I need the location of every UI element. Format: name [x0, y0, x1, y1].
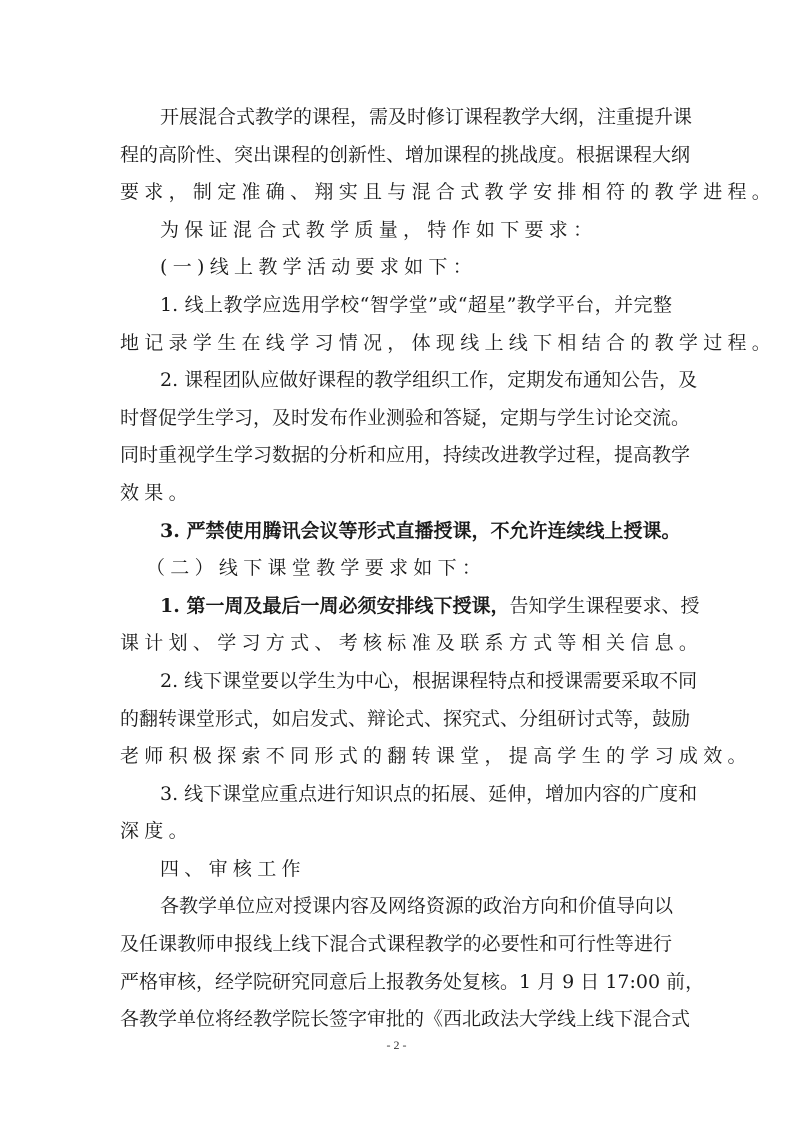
- section-heading: 四、审核工作: [120, 851, 672, 889]
- paragraph-line: 1. 线上教学应选用学校“智学堂”或“超星”教学平台，并完整: [120, 287, 672, 325]
- paragraph-line: 2. 线下课堂要以学生为中心，根据课程特点和授课需要采取不同: [120, 663, 672, 701]
- paragraph-line: 时督促学生学习，及时发布作业测验和答疑，定期与学生讨论交流。: [120, 400, 672, 438]
- paragraph-line: 2. 课程团队应做好课程的教学组织工作，定期发布通知公告，及: [120, 362, 672, 400]
- paragraph-line: 为保证混合式教学质量，特作如下要求：: [120, 212, 672, 250]
- paragraph-text: 告知学生课程要求、授: [509, 595, 699, 617]
- bold-emphasis: 1. 第一周及最后一周必须安排线下授课，: [160, 595, 509, 617]
- bold-requirement-line: 3. 严禁使用腾讯会议等形式直播授课，不允许连续线上授课。: [120, 513, 672, 551]
- paragraph-line: 及任课教师申报线上线下混合式课程教学的必要性和可行性等进行: [120, 926, 672, 964]
- paragraph-line: 要求，制定准确、翔实且与混合式教学安排相符的教学进程。: [120, 174, 672, 212]
- document-page: 开展混合式教学的课程，需及时修订课程教学大纲，注重提升课 程的高阶性、突出课程的…: [0, 0, 793, 1122]
- paragraph-line: 老师积极探索不同形式的翻转课堂，提高学生的学习成效。: [120, 738, 672, 776]
- paragraph-line: 3. 线下课堂应重点进行知识点的拓展、延伸，增加内容的广度和: [120, 776, 672, 814]
- paragraph-line: 各教学单位应对授课内容及网络资源的政治方向和价值导向以: [120, 888, 672, 926]
- paragraph-line: 开展混合式教学的课程，需及时修订课程教学大纲，注重提升课: [120, 99, 672, 137]
- paragraph-line-mixed: 1. 第一周及最后一周必须安排线下授课，告知学生课程要求、授: [120, 588, 672, 626]
- document-body: 开展混合式教学的课程，需及时修订课程教学大纲，注重提升课 程的高阶性、突出课程的…: [120, 99, 672, 1039]
- page-number: - 2 -: [0, 1038, 793, 1053]
- paragraph-line: 同时重视学生学习数据的分析和应用，持续改进教学过程，提高教学: [120, 437, 672, 475]
- paragraph-line: 地记录学生在线学习情况，体现线上线下相结合的教学过程。: [120, 325, 672, 363]
- paragraph-line: 程的高阶性、突出课程的创新性、增加课程的挑战度。根据课程大纲: [120, 137, 672, 175]
- paragraph-line: 各教学单位将经教学院长签字审批的《西北政法大学线上线下混合式: [120, 1001, 672, 1039]
- paragraph-line: 的翻转课堂形式，如启发式、辩论式、探究式、分组研讨式等，鼓励: [120, 701, 672, 739]
- paragraph-line: 严格审核，经学院研究同意后上报教务处复核。1 月 9 日 17:00 前，: [120, 964, 672, 1002]
- section-heading: （二）线下课堂教学要求如下：: [120, 550, 672, 588]
- section-heading: (一)线上教学活动要求如下：: [120, 249, 672, 287]
- paragraph-line: 效果。: [120, 475, 672, 513]
- paragraph-line: 课计划、学习方式、考核标准及联系方式等相关信息。: [120, 625, 672, 663]
- paragraph-line: 深度。: [120, 813, 672, 851]
